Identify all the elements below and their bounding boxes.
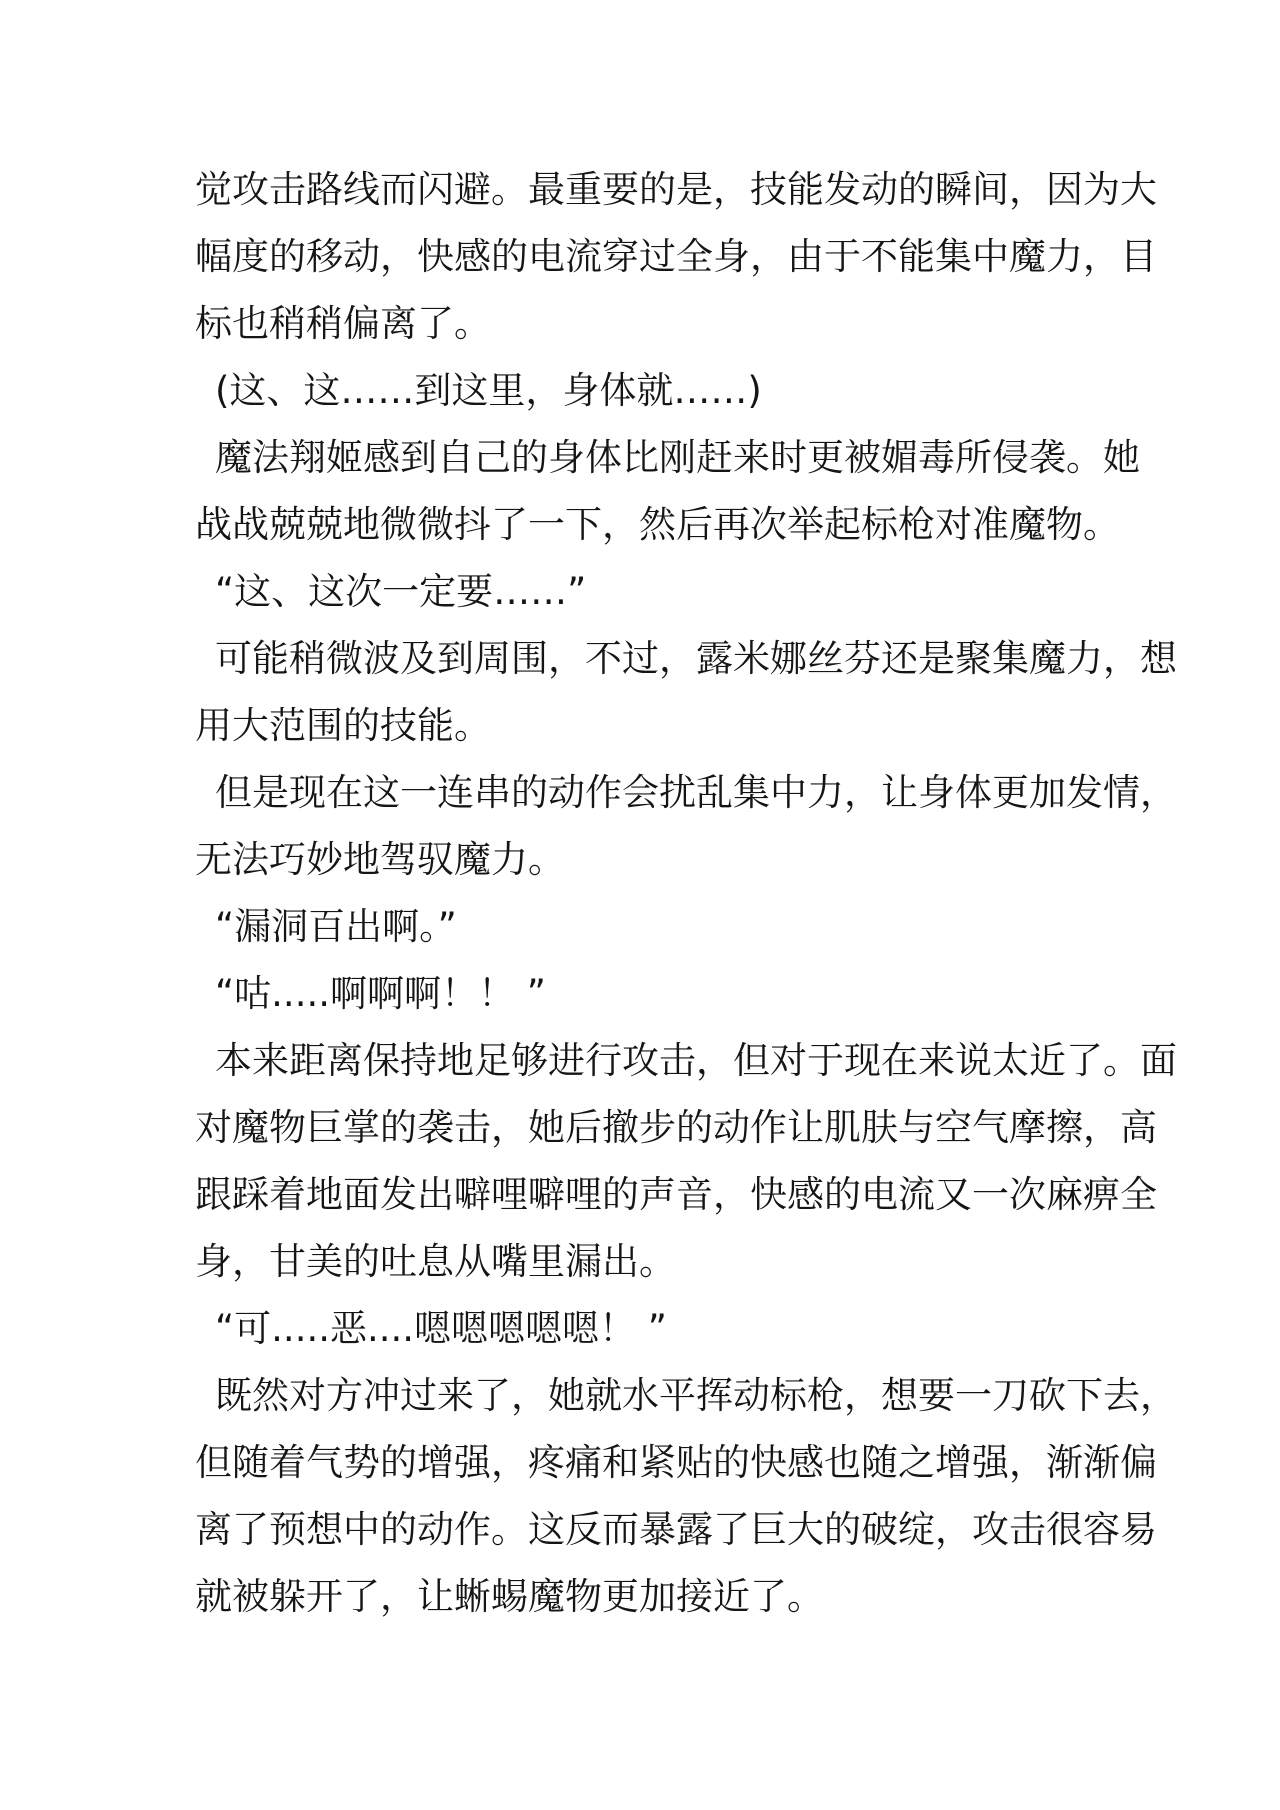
text-line: 既然对方冲过来了，她就水平挥动标枪，想要一刀砍下去， [195, 1362, 1095, 1429]
text-line: 就被躲开了，让蜥蜴魔物更加接近了。 [195, 1563, 1095, 1630]
text-line: “漏洞百出啊。” [195, 893, 1095, 960]
text-line: 幅度的移动，快感的电流穿过全身，由于不能集中魔力，目 [195, 223, 1095, 290]
text-line: “咕.....啊啊啊！！ ” [195, 960, 1095, 1027]
text-line: 用大范围的技能。 [195, 692, 1095, 759]
paragraph-dialogue: “这、这次一定要……” [195, 558, 1095, 625]
text-line: 战战兢兢地微微抖了一下，然后再次举起标枪对准魔物。 [195, 491, 1095, 558]
text-line: 跟踩着地面发出噼哩噼哩的声音，快感的电流又一次麻痹全 [195, 1161, 1095, 1228]
paragraph: 魔法翔姬感到自己的身体比刚赶来时更被媚毒所侵袭。她 战战兢兢地微微抖了一下，然后… [195, 424, 1095, 558]
text-line: “这、这次一定要……” [195, 558, 1095, 625]
text-line: 标也稍稍偏离了。 [195, 290, 1095, 357]
text-line: 本来距离保持地足够进行攻击，但对于现在来说太近了。面 [195, 1027, 1095, 1094]
paragraph: 觉攻击路线而闪避。最重要的是，技能发动的瞬间，因为大 幅度的移动，快感的电流穿过… [195, 156, 1095, 357]
text-line: 魔法翔姬感到自己的身体比刚赶来时更被媚毒所侵袭。她 [195, 424, 1095, 491]
paragraph: 既然对方冲过来了，她就水平挥动标枪，想要一刀砍下去， 但随着气势的增强，疼痛和紧… [195, 1362, 1095, 1630]
paragraph-dialogue: “漏洞百出啊。” [195, 893, 1095, 960]
text-line: 离了预想中的动作。这反而暴露了巨大的破绽，攻击很容易 [195, 1496, 1095, 1563]
text-line: 可能稍微波及到周围，不过，露米娜丝芬还是聚集魔力，想 [195, 625, 1095, 692]
paragraph: 但是现在这一连串的动作会扰乱集中力，让身体更加发情， 无法巧妙地驾驭魔力。 [195, 759, 1095, 893]
text-line: 但是现在这一连串的动作会扰乱集中力，让身体更加发情， [195, 759, 1095, 826]
paragraph-thought: (这、这……到这里，身体就……) [195, 357, 1095, 424]
paragraph: 本来距离保持地足够进行攻击，但对于现在来说太近了。面 对魔物巨掌的袭击，她后撤步… [195, 1027, 1095, 1295]
text-line: (这、这……到这里，身体就……) [195, 357, 1095, 424]
text-line: 无法巧妙地驾驭魔力。 [195, 826, 1095, 893]
text-line: 但随着气势的增强，疼痛和紧贴的快感也随之增强，渐渐偏 [195, 1429, 1095, 1496]
paragraph: 可能稍微波及到周围，不过，露米娜丝芬还是聚集魔力，想 用大范围的技能。 [195, 625, 1095, 759]
document-page: 觉攻击路线而闪避。最重要的是，技能发动的瞬间，因为大 幅度的移动，快感的电流穿过… [0, 0, 1280, 1810]
text-line: 觉攻击路线而闪避。最重要的是，技能发动的瞬间，因为大 [195, 156, 1095, 223]
text-line: 对魔物巨掌的袭击，她后撤步的动作让肌肤与空气摩擦，高 [195, 1094, 1095, 1161]
paragraph-dialogue: “可.....恶....嗯嗯嗯嗯嗯！ ” [195, 1295, 1095, 1362]
text-line: 身，甘美的吐息从嘴里漏出。 [195, 1228, 1095, 1295]
body-text: 觉攻击路线而闪避。最重要的是，技能发动的瞬间，因为大 幅度的移动，快感的电流穿过… [195, 156, 1095, 1630]
text-line: “可.....恶....嗯嗯嗯嗯嗯！ ” [195, 1295, 1095, 1362]
paragraph-dialogue: “咕.....啊啊啊！！ ” [195, 960, 1095, 1027]
